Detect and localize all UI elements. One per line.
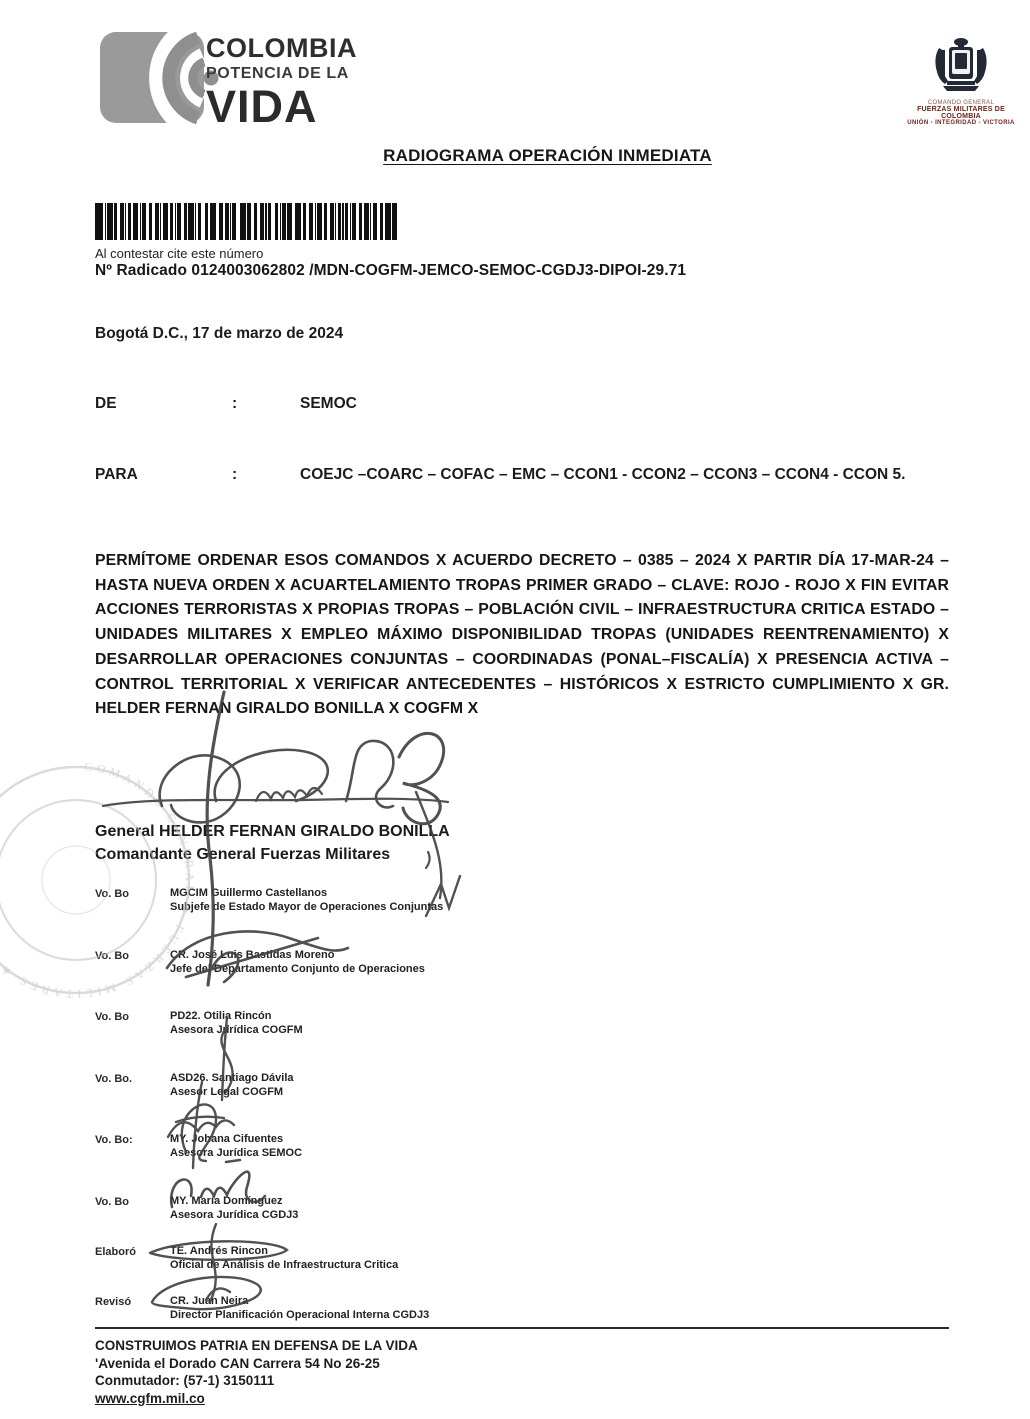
reviewed-name: CR. Juan Neira: [170, 1294, 695, 1308]
approver-role: Asesora Jurídica CGDJ3: [170, 1208, 695, 1222]
vobo-label: Vo. Bo:: [95, 1132, 170, 1194]
prepared-label: Elaboró: [95, 1244, 170, 1294]
approver-role: Asesora Jurídica SEMOC: [170, 1146, 695, 1160]
brand-line-3: VIDA: [206, 84, 357, 129]
approvals-list: Vo. Bo MGCIM Guillermo Castellanos Subje…: [95, 886, 695, 1255]
crest-caption-main: FUERZAS MILITARES DE COLOMBIA: [903, 106, 1019, 120]
vobo-label: Vo. Bo.: [95, 1071, 170, 1133]
from-separator: :: [232, 392, 300, 416]
approver-name: MY. Johana Cifuentes: [170, 1132, 695, 1146]
approver-name: PD22. Otilia Rincón: [170, 1009, 695, 1023]
approver-role: Subjefe de Estado Mayor de Operaciones C…: [170, 900, 695, 914]
signer-block: General HELDER FERNAN GIRALDO BONILLA Co…: [95, 820, 450, 866]
brand-line-2: POTENCIA DE LA: [206, 66, 357, 82]
from-row: DE : SEMOC: [95, 392, 950, 416]
prepared-row: Elaboró TE. Andrés Rincon Oficial de Aná…: [95, 1244, 695, 1294]
footer-block: CONSTRUIMOS PATRIA EN DEFENSA DE LA VIDA…: [95, 1337, 418, 1407]
military-crest: COMANDO GENERAL FUERZAS MILITARES DE COL…: [903, 36, 1019, 126]
prepared-role: Oficial de Análisis de Infraestructura C…: [170, 1258, 695, 1272]
approver-name: CR. José Luis Bastidas Moreno: [170, 948, 695, 962]
approver-name: ASD26. Santiago Dávila: [170, 1071, 695, 1085]
to-value: COEJC –COARC – COFAC – EMC – CCON1 - CCO…: [300, 463, 950, 487]
approver-name: MY. María Domínguez: [170, 1194, 695, 1208]
prepared-name: TE. Andrés Rincon: [170, 1244, 695, 1258]
from-label: DE: [95, 392, 232, 416]
approval-row: Vo. Bo. ASD26. Santiago Dávila Asesor Le…: [95, 1071, 695, 1133]
approver-role: Jefe del Departamento Conjunto de Operac…: [170, 962, 695, 976]
vobo-label: Vo. Bo: [95, 948, 170, 1010]
footer-divider: [95, 1327, 949, 1329]
brand-wordmark: COLOMBIA POTENCIA DE LA VIDA: [206, 35, 357, 129]
to-label: PARA: [95, 463, 232, 487]
footer-address: 'Avenida el Dorado CAN Carrera 54 No 26-…: [95, 1355, 418, 1373]
approver-role: Asesora Jurídica COGFM: [170, 1023, 695, 1037]
approval-row: Vo. Bo CR. José Luis Bastidas Moreno Jef…: [95, 948, 695, 1010]
footer-phone: Conmutador: (57-1) 3150111: [95, 1372, 418, 1390]
signer-title: Comandante General Fuerzas Militares: [95, 843, 450, 866]
approval-row: Vo. Bo MGCIM Guillermo Castellanos Subje…: [95, 886, 695, 948]
approval-row: Vo. Bo PD22. Otilia Rincón Asesora Juríd…: [95, 1009, 695, 1071]
approver-name: MGCIM Guillermo Castellanos: [170, 886, 695, 900]
barcode-note: Al contestar cite este número: [95, 246, 263, 261]
crest-caption-motto: UNIÓN - INTEGRIDAD - VICTORIA: [903, 120, 1019, 126]
footer-website: www.cgfm.mil.co: [95, 1390, 418, 1408]
barcode: [95, 203, 397, 240]
to-separator: :: [232, 463, 300, 487]
vobo-label: Vo. Bo: [95, 1009, 170, 1071]
city-date: Bogotá D.C., 17 de marzo de 2024: [95, 325, 343, 343]
document-title: RADIOGRAMA OPERACIÓN INMEDIATA: [95, 146, 1000, 166]
message-body: PERMÍTOME ORDENAR ESOS COMANDOS X ACUERD…: [95, 549, 949, 722]
reviewed-role: Director Planificación Operacional Inter…: [170, 1308, 695, 1322]
radiogram-document: COLOMBIA POTENCIA DE LA VIDA COMANDO GEN…: [0, 0, 1030, 1419]
from-value: SEMOC: [300, 392, 950, 416]
footer-slogan: CONSTRUIMOS PATRIA EN DEFENSA DE LA VIDA: [95, 1337, 418, 1355]
brand-line-1: COLOMBIA: [206, 35, 357, 62]
document-title-text: RADIOGRAMA OPERACIÓN INMEDIATA: [383, 146, 712, 165]
signer-name: General HELDER FERNAN GIRALDO BONILLA: [95, 820, 450, 843]
approval-row: Vo. Bo: MY. Johana Cifuentes Asesora Jur…: [95, 1132, 695, 1194]
approver-role: Asesor Legal COGFM: [170, 1085, 695, 1099]
military-crest-icon: [929, 36, 993, 98]
vobo-label: Vo. Bo: [95, 886, 170, 948]
to-row: PARA : COEJC –COARC – COFAC – EMC – CCON…: [95, 463, 950, 487]
prepared-reviewed-block: Elaboró TE. Andrés Rincon Oficial de Aná…: [95, 1244, 695, 1344]
radicado-number: Nº Radicado 0124003062802 /MDN-COGFM-JEM…: [95, 262, 686, 280]
